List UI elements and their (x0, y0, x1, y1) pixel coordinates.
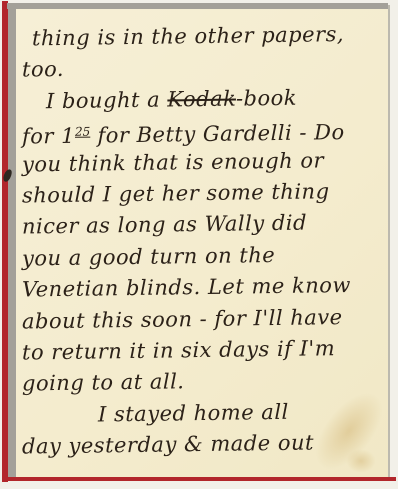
price-superscript: 25 (75, 125, 90, 139)
line-text: thing is in the other papers, (32, 22, 344, 50)
line-text: for Betty Gardelli - Do (90, 120, 344, 148)
line-text: I stayed home all (98, 400, 289, 427)
line-text: -book (236, 85, 297, 110)
line-text: I bought a (46, 87, 167, 113)
line-text: nicer as long as Wally did (22, 211, 307, 239)
line-text: you a good turn on the (22, 243, 275, 271)
line-text: you think that is enough or (22, 148, 324, 176)
handwriting-line: day yesterday & made out (22, 427, 386, 463)
handwriting-line: should I get her some thing (22, 175, 386, 211)
line-text: about this soon - for I'll have (22, 305, 343, 333)
letter-paper: thing is in the other papers, too. I bou… (16, 9, 388, 477)
line-text: for 1 (22, 124, 75, 149)
handwriting-line: Venetian blinds. Let me know (22, 270, 386, 306)
shadow-line-right (388, 5, 390, 477)
handwriting-line: you think that is enough or (22, 144, 386, 180)
line-text: to return it in six days if I'm (22, 336, 335, 364)
handwriting-line: I stayed home all (98, 395, 386, 430)
handwritten-text: thing is in the other papers, too. I bou… (22, 18, 386, 463)
handwriting-line: about this soon - for I'll have (22, 301, 386, 337)
struck-word: Kodak (167, 86, 236, 111)
line-text: should I get her some thing (22, 179, 330, 207)
handwriting-line: thing is in the other papers, (32, 18, 386, 54)
line-text: Venetian blinds. Let me know (22, 273, 351, 302)
line-text: too. (22, 57, 64, 82)
handwriting-line: to return it in six days if I'm (22, 332, 386, 368)
line-text: going to at all. (22, 370, 184, 396)
album-red-edge-bottom (2, 477, 396, 481)
handwriting-line: I bought a Kodak-book (46, 81, 386, 117)
handwriting-line: too. (22, 50, 386, 86)
handwriting-line: going to at all. (22, 364, 386, 400)
handwriting-line: you a good turn on the (22, 238, 386, 274)
handwriting-line: for 125 for Betty Gardelli - Do (22, 113, 386, 149)
line-text: day yesterday & made out (22, 431, 314, 459)
letter-photograph: thing is in the other papers, too. I bou… (0, 0, 398, 489)
shadow-strip-left (8, 3, 16, 477)
handwriting-line: nicer as long as Wally did (22, 207, 386, 243)
